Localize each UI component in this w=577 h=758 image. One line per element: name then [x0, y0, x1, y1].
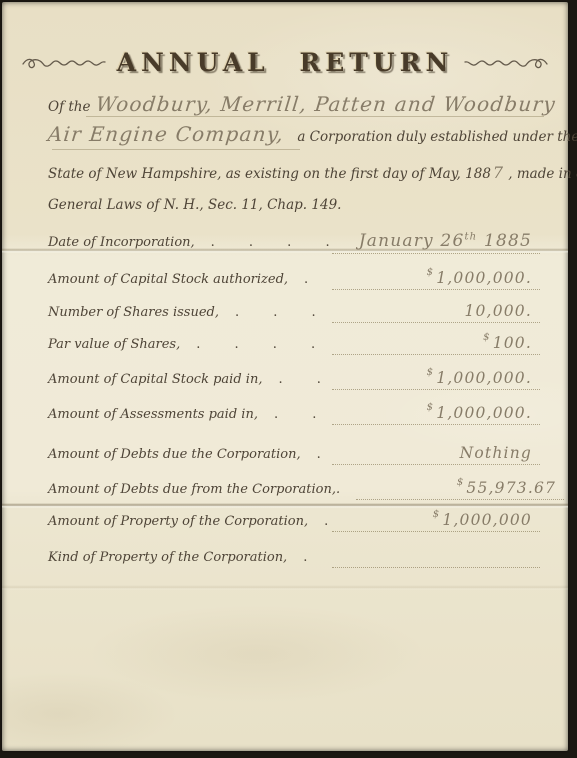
row-value: 55,973.67	[466, 479, 556, 497]
company-name-handwritten: Woodbury, Merrill, Patten and Woodbury	[94, 92, 556, 116]
state-line-text: State of New Hampshire, as existing on t…	[48, 166, 491, 182]
form-row-debts-due-corporation: Amount of Debts due the Corporation, . .…	[48, 443, 540, 465]
form-row-property-kind: Kind of Property of the Corporation, . .	[48, 546, 540, 568]
row-value: 100.	[493, 334, 532, 352]
document-header: ANNUAL RETURN	[2, 50, 568, 75]
row-value: 1,000,000.	[436, 404, 532, 422]
row-label: Amount of Capital Stock authorized,	[48, 272, 288, 287]
row-label: Date of Incorporation,	[48, 235, 195, 250]
leader-dots: . . . . .	[180, 337, 332, 352]
value-line: $55,973.67	[356, 478, 564, 500]
row-label: Amount of Debts due from the Corporation…	[48, 482, 340, 497]
row-label: Kind of Property of the Corporation,	[48, 550, 287, 565]
dollar-sign: $	[427, 267, 435, 278]
form-row-capital-authorized: Amount of Capital Stock authorized, . ..…	[48, 268, 540, 290]
ruled-line-company	[86, 116, 544, 117]
value-line: $100.	[332, 333, 540, 355]
value-line: $1,000,000.	[332, 403, 540, 425]
fold-crease-faint	[2, 585, 568, 590]
dollar-sign: $	[457, 477, 465, 488]
page-title: ANNUAL RETURN	[117, 50, 454, 75]
row-label: Amount of Property of the Corporation,	[48, 514, 308, 529]
value-line: Nothing	[332, 443, 540, 465]
dollar-sign: $	[427, 367, 435, 378]
row-value: 10,000.	[464, 302, 532, 320]
company-name-line: Of the Woodbury, Merrill, Patten and Woo…	[48, 92, 540, 116]
form-row-date-of-incorporation: Date of Incorporation, . . . . . January…	[48, 231, 540, 254]
form-row-property-amount: Amount of Property of the Corporation, .…	[48, 510, 540, 532]
row-label: Par value of Shares,	[48, 337, 180, 352]
row-label: Amount of Debts due the Corporation,	[48, 447, 301, 462]
established-text: a Corporation duly established under the…	[297, 129, 577, 145]
year-handwritten: 7	[493, 163, 504, 182]
form-row-capital-paid-in: Amount of Capital Stock paid in, . . . .…	[48, 368, 540, 390]
form-row-par-value: Par value of Shares, . . . . . $100.	[48, 333, 540, 355]
value-line: $1,000,000.	[332, 368, 540, 390]
flourish-right-icon	[463, 55, 549, 71]
leader-dots: . .	[287, 550, 332, 565]
flourish-left-icon	[21, 55, 107, 71]
leader-dots: . . . .	[301, 447, 332, 462]
company-name-continued: Air Engine Company,	[47, 122, 286, 146]
value-line: 10,000.	[332, 301, 540, 323]
dollar-sign: $	[483, 332, 491, 343]
row-label: Amount of Assessments paid in,	[48, 407, 258, 422]
value-line: $1,000,000	[332, 510, 540, 532]
row-value-cont: 1885	[477, 231, 532, 251]
value-superscript: th	[464, 232, 477, 243]
row-value: Nothing	[460, 444, 532, 462]
leader-dots: . .	[308, 514, 332, 529]
law-reference-line: General Laws of N. H., Sec. 11, Chap. 14…	[48, 194, 540, 213]
leader-dots: . . . . .	[195, 235, 332, 250]
document-page: ANNUAL RETURN Of the Woodbury, Merrill, …	[2, 2, 568, 751]
ruled-line-company-2	[52, 149, 300, 150]
leader-dots: . . . .	[258, 407, 332, 422]
leader-dots: . . . .	[262, 372, 332, 387]
row-value: January 26	[359, 231, 465, 251]
value-line: January 26th 1885	[332, 231, 540, 254]
row-label: Number of Shares issued,	[48, 305, 219, 320]
leader-dots: . ..	[288, 272, 332, 287]
form-row-shares-issued: Number of Shares issued, . . . . 10,000.	[48, 301, 540, 323]
fold-crease-bottom	[2, 503, 568, 508]
company-name-line-2: Air Engine Company, a Corporation duly e…	[48, 122, 540, 146]
law-reference: General Laws of N. H., Sec. 11, Chap. 14…	[48, 197, 341, 213]
leader-dots: . .	[340, 482, 356, 497]
leader-dots: . . . .	[219, 305, 332, 320]
row-value: 1,000,000	[442, 511, 532, 529]
row-label: Amount of Capital Stock paid in,	[48, 372, 262, 387]
value-line: $1,000,000.	[332, 268, 540, 290]
state-line-continued: , made in conformity to the	[508, 166, 577, 182]
of-the-label: Of the	[48, 99, 90, 115]
row-value: 1,000,000.	[436, 369, 532, 387]
form-row-debts-due-from-corporation: Amount of Debts due from the Corporation…	[48, 478, 540, 500]
dollar-sign: $	[427, 402, 435, 413]
form-row-assessments-paid-in: Amount of Assessments paid in, . . . . $…	[48, 403, 540, 425]
value-line	[332, 546, 540, 568]
dollar-sign: $	[433, 509, 441, 520]
row-value: 1,000,000.	[436, 269, 532, 287]
state-line: State of New Hampshire, as existing on t…	[48, 163, 540, 182]
